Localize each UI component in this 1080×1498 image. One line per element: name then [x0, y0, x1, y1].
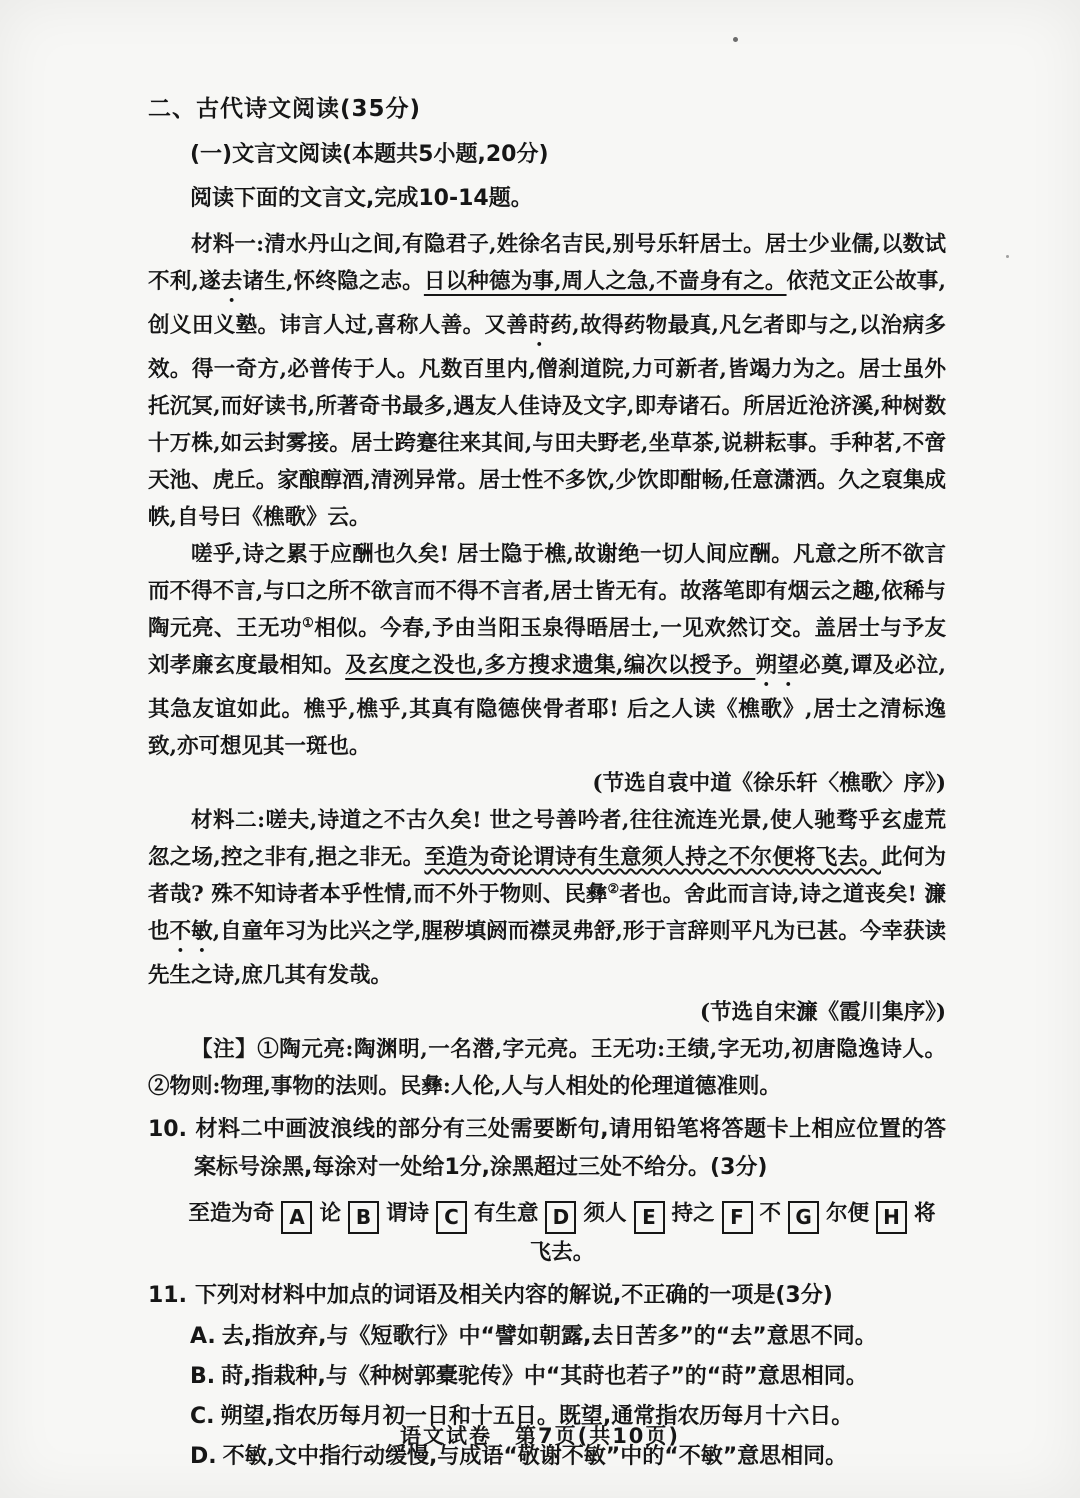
question-10-text: 10.材料二中画波浪线的部分有三处需要断句,请用铅笔将答题卡上相应位置的答案标号… [148, 1111, 946, 1187]
option-text: 莳,指栽种,与《种树郭橐驼传》中“其莳也若子”的“莳”意思相同。 [221, 1364, 868, 1389]
answer-letter-box: F [722, 1201, 753, 1234]
question-number: 11. [148, 1283, 187, 1308]
dotted-term: 朔望 [755, 653, 799, 678]
notes: 【注】①陶元亮:陶渊明,一名潜,字元亮。王无功:王绩,字无功,初唐隐逸诗人。②物… [148, 1031, 946, 1105]
scan-artifact-dot [1006, 255, 1009, 258]
material1-para2: 嗟乎,诗之累于应酬也久矣! 居士隐于樵,故谢绝一切人间应酬。凡意之所不欲言而不得… [148, 536, 946, 765]
option-label: A. [190, 1324, 216, 1349]
answer-letter-box: C [436, 1201, 467, 1234]
text-run: 药,故得药物最真,凡乞者即与之,以治病多效。得一奇方,必普传于人。凡数百里内,僧… [148, 313, 946, 530]
material1-para1: 材料一:清水丹山之间,有隐君子,姓徐名吉民,别号乐轩居士。居士少业儒,以数试不利… [148, 226, 946, 536]
reading-instruction: 阅读下面的文言文,完成10-14题。 [148, 184, 946, 214]
underlined-text: 及玄度之没也,多方搜求遗集,编次以授予。 [345, 653, 755, 678]
text-run: (节选自袁中道《徐乐轩〈樵歌〉序》) [592, 771, 946, 796]
answer-letter-box: H [876, 1201, 907, 1234]
text-run: 不 [760, 1201, 782, 1226]
answer-letter-box: B [348, 1201, 379, 1234]
text-run: 尔便 [826, 1201, 869, 1226]
classical-text-block: 材料一:清水丹山之间,有隐君子,姓徐名吉民,别号乐轩居士。居士少业儒,以数试不利… [148, 226, 946, 1105]
text-run: 至造为奇 [188, 1201, 274, 1226]
option-label: B. [190, 1364, 215, 1389]
text-run: 须人 [583, 1201, 626, 1226]
material2-para: 材料二:嗟夫,诗道之不古久矣! 世之号善吟者,往往流连光景,使人驰骛乎玄虚荒忽之… [148, 802, 946, 994]
option-B: B.莳,指栽种,与《种树郭橐驼传》中“其莳也若子”的“莳”意思相同。 [148, 1357, 946, 1397]
note-ref: ① [302, 616, 314, 631]
scan-artifact-dot [733, 37, 738, 42]
page-footer: 语文试卷 第7页(共10页) [0, 1420, 1080, 1450]
text-run: 【注】①陶元亮:陶渊明,一名潜,字元亮。王无功:王绩,字无功,初唐隐逸诗人。②物… [148, 1037, 946, 1099]
question-text: 材料二中画波浪线的部分有三处需要断句,请用铅笔将答题卡上相应位置的答案标号涂黑,… [194, 1117, 946, 1180]
answer-letter-box: E [634, 1201, 665, 1234]
text-run: 持之 [672, 1201, 715, 1226]
question-text: 下列对材料中加点的词语及相关内容的解说,不正确的一项是(3分) [195, 1283, 833, 1308]
option-list: A.去,指放弃,与《短歌行》中“譬如朝露,去日苦多”的“去”意思不同。B.莳,指… [148, 1317, 946, 1477]
dotted-term: 莳 [528, 313, 550, 338]
note-ref: ② [608, 882, 620, 897]
question-11-text: 11.下列对材料中加点的词语及相关内容的解说,不正确的一项是(3分) [148, 1277, 946, 1315]
exam-page: 二、古代诗文阅读(35分) (一)文言文阅读(本题共5小题,20分) 阅读下面的… [0, 0, 1080, 1498]
underlined-text: 日以种德为事,周人之急,不啬身有之。 [424, 269, 787, 294]
option-text: 去,指放弃,与《短歌行》中“譬如朝露,去日苦多”的“去”意思不同。 [222, 1324, 877, 1349]
sentence-break-line: 至造为奇A论B谓诗C有生意D须人E持之F不G尔便H将飞去。 [178, 1195, 946, 1271]
text-run: 诸生,怀终隐之志。 [243, 269, 424, 294]
text-run: (节选自宋濂《霞川集序》) [700, 1000, 946, 1025]
question-number: 10. [148, 1117, 187, 1142]
answer-letter-box: D [545, 1201, 576, 1234]
text-run: 谓诗 [386, 1201, 429, 1226]
text-run: 论 [319, 1201, 341, 1226]
dotted-term: 去 [221, 269, 243, 294]
text-run: 有生意 [474, 1201, 539, 1226]
question-10: 10.材料二中画波浪线的部分有三处需要断句,请用铅笔将答题卡上相应位置的答案标号… [148, 1111, 946, 1271]
material2-source: (节选自宋濂《霞川集序》) [148, 994, 946, 1031]
material1-source: (节选自袁中道《徐乐轩〈樵歌〉序》) [148, 765, 946, 802]
answer-letter-box: A [281, 1201, 312, 1234]
sentence-break-line-wrap: 至造为奇A论B谓诗C有生意D须人E持之F不G尔便H将飞去。 [148, 1195, 946, 1271]
section-title: 二、古代诗文阅读(35分) [148, 94, 946, 124]
subsection-title: (一)文言文阅读(本题共5小题,20分) [148, 140, 946, 170]
option-A: A.去,指放弃,与《短歌行》中“譬如朝露,去日苦多”的“去”意思不同。 [148, 1317, 946, 1357]
answer-letter-box: G [788, 1201, 819, 1234]
dotted-term: 不敏 [170, 919, 213, 944]
page-content: 二、古代诗文阅读(35分) (一)文言文阅读(本题共5小题,20分) 阅读下面的… [148, 94, 946, 1477]
wavy-underlined-text: 至造为奇论谓诗有生意须人持之不尔便将飞去。 [424, 845, 881, 870]
text-run: ,自童年习为比兴之学,腥秽填阏而襟灵弗舒,形于言辞则平凡为已甚。今幸获读先生之诗… [148, 919, 946, 988]
